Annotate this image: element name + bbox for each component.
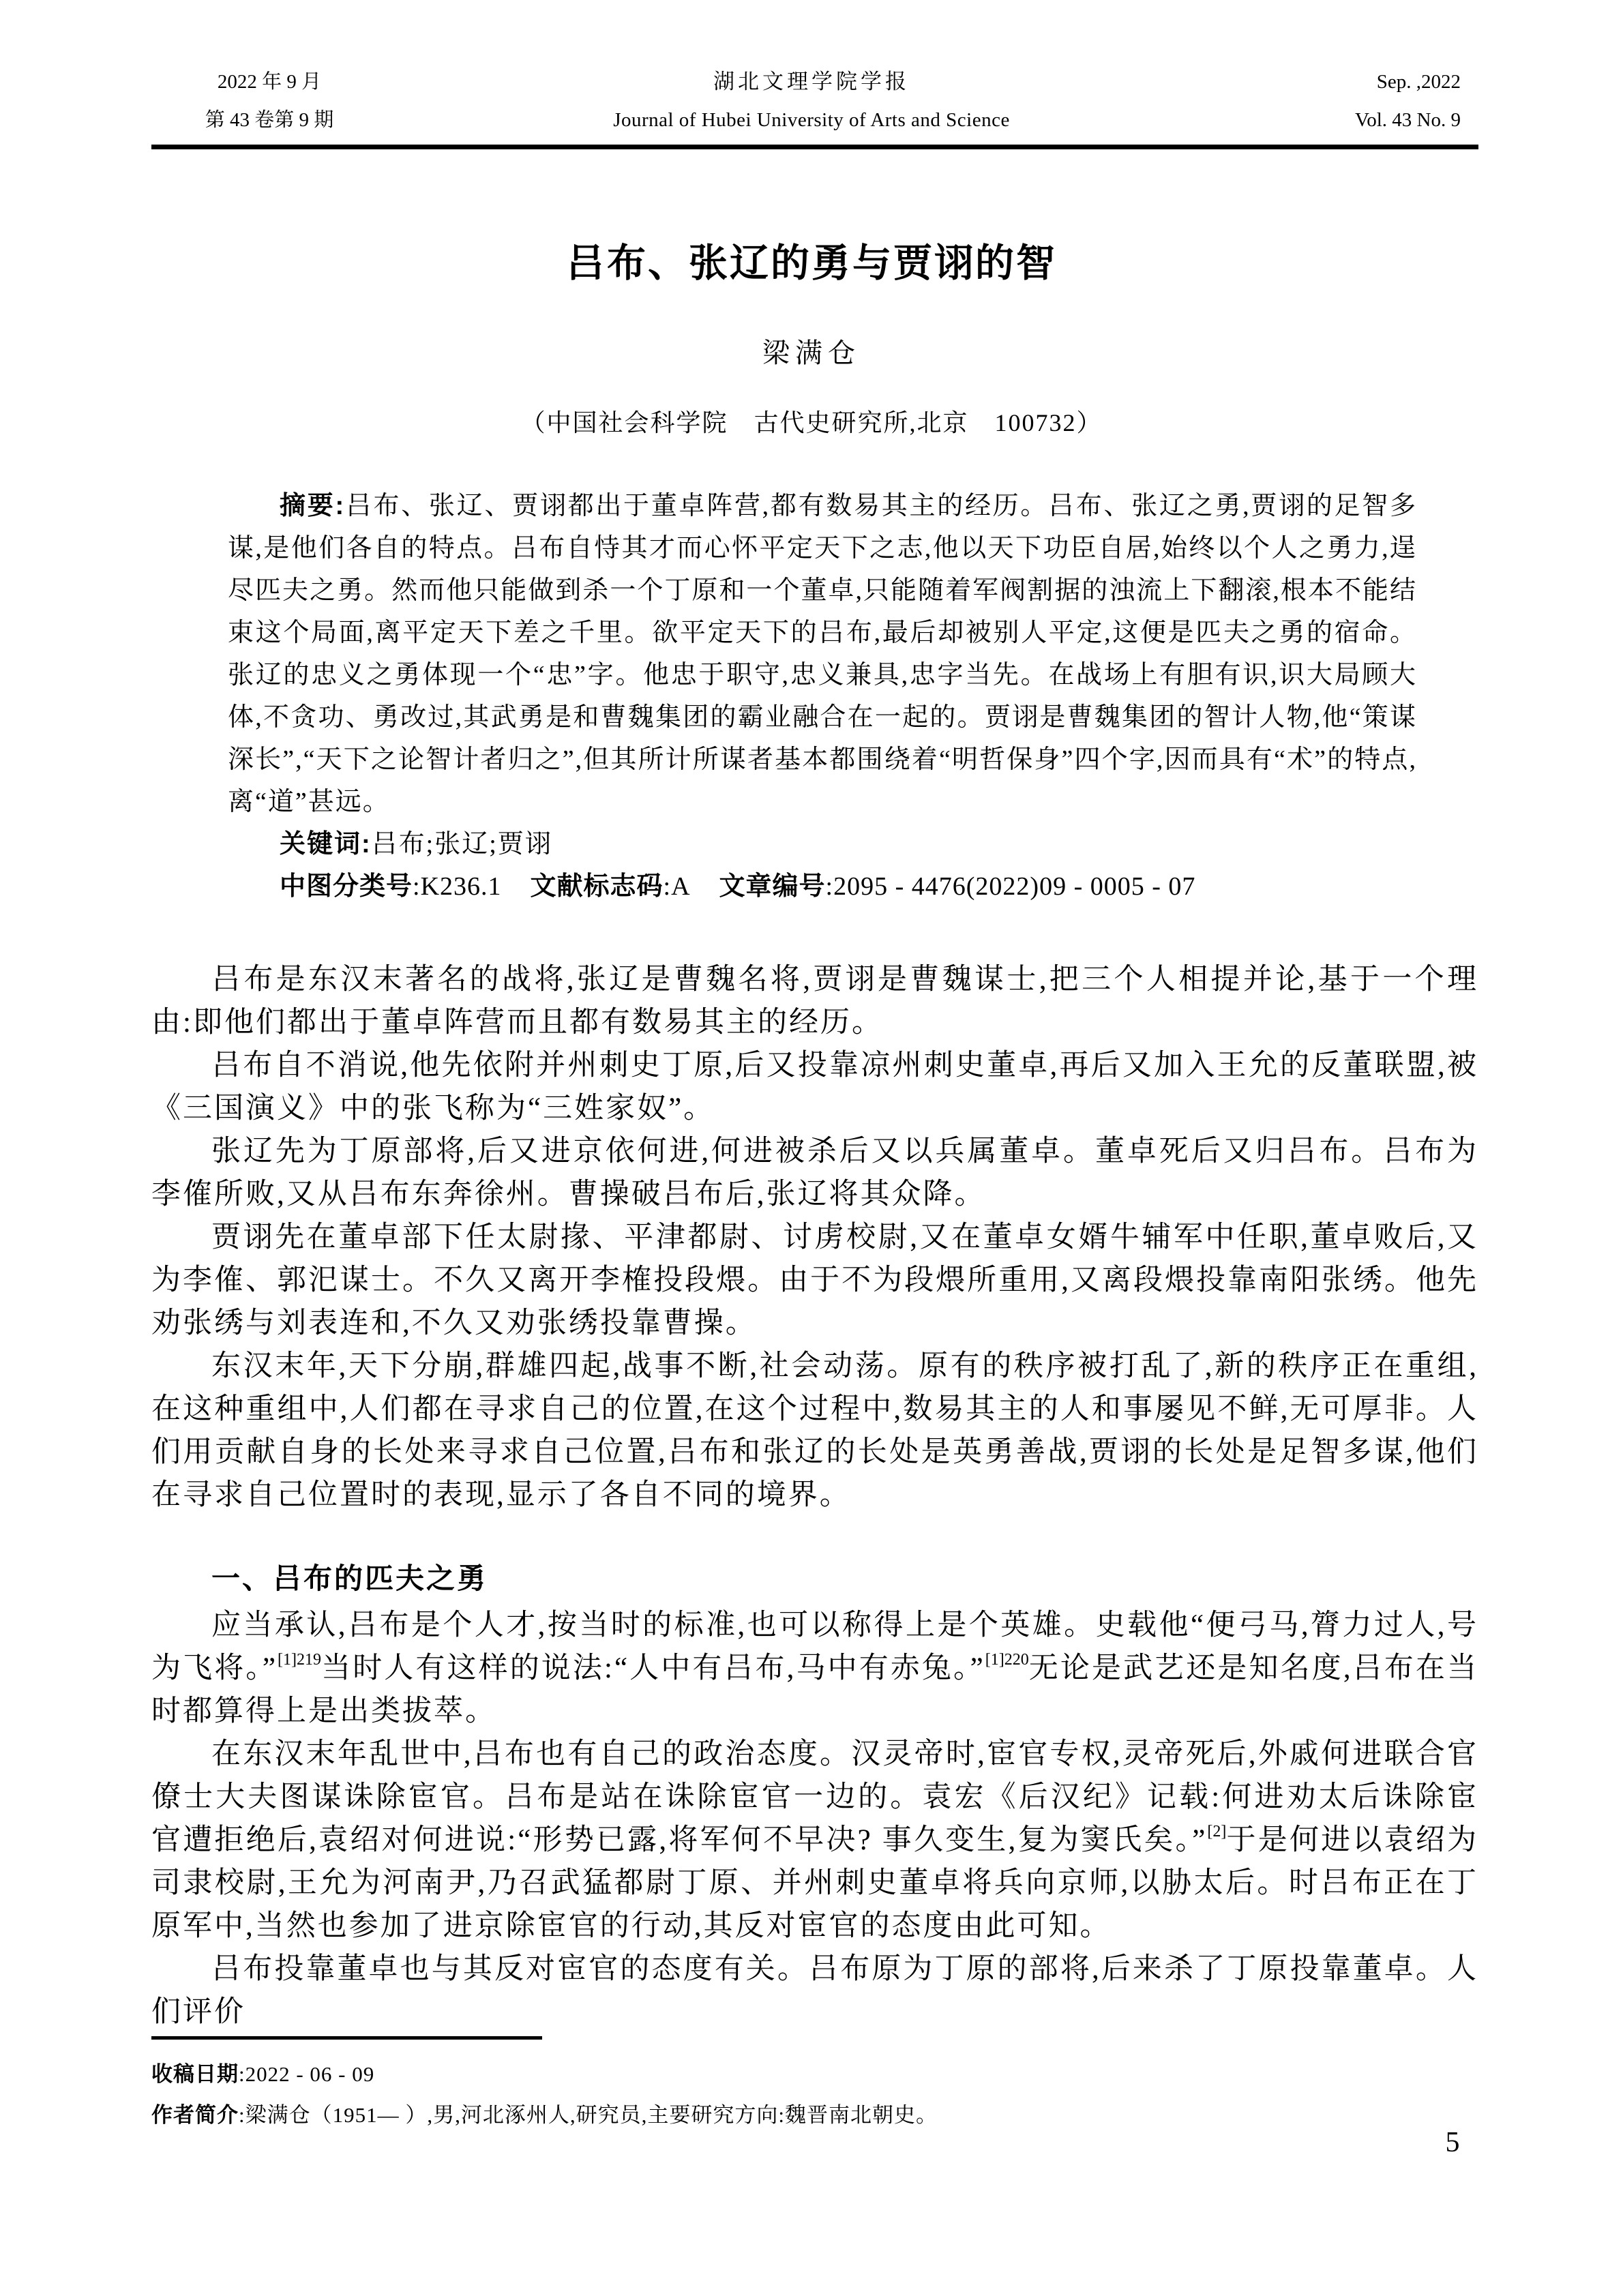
citation-superscript: [2]	[1207, 1823, 1226, 1840]
body-paragraph: 张辽先为丁原部将,后又进京依何进,何进被杀后又以兵属董卓。董卓死后又归吕布。吕布…	[151, 1130, 1478, 1216]
abstract-text: 吕布、张辽、贾诩都出于董卓阵营,都有数易其主的经历。吕布、张辽之勇,贾诩的足智多…	[228, 492, 1417, 816]
intro-paragraphs: 吕布是东汉末著名的战将,张辽是曹魏名将,贾诩是曹魏谋士,把三个人相提并论,基于一…	[151, 958, 1478, 1517]
citation-superscript: [1]220	[985, 1651, 1029, 1669]
author-affiliation: （中国社会科学院 古代史研究所,北京 100732）	[0, 404, 1623, 438]
doc-code-label: 文献标志码	[531, 872, 664, 901]
abstract-label: 摘要:	[280, 492, 345, 520]
doc-code-value: :A	[664, 872, 691, 901]
author-bio-line: 作者简介:梁满仓（1951— ）,男,河北涿州人,研究员,主要研究方向:魏晋南北…	[151, 2095, 1478, 2136]
citation-superscript: [1]219	[278, 1651, 321, 1669]
article-id-label: 文章编号	[719, 872, 826, 901]
paragraph-text: 张辽先为丁原部将,后又进京依何进,何进被杀后又以兵属董卓。董卓死后又归吕布。吕布…	[151, 1135, 1478, 1210]
header-issue-info-en: Sep. ,2022 Vol. 43 No. 9	[1202, 63, 1461, 139]
paragraph-text: 吕布自不消说,他先依附并州刺史丁原,后又投靠凉州刺史董卓,再后又加入王允的反董联…	[151, 1049, 1478, 1124]
paragraph-text: 东汉末年,天下分崩,群雄四起,战事不断,社会动荡。原有的秩序被打乱了,新的秩序正…	[151, 1350, 1478, 1511]
received-date-value: :2022 - 06 - 09	[239, 2062, 374, 2086]
body-paragraph: 贾诩先在董卓部下任太尉掾、平津都尉、讨虏校尉,又在董卓女婿牛辅军中任职,董卓败后…	[151, 1216, 1478, 1345]
received-date-label: 收稿日期	[151, 2062, 239, 2086]
abstract-paragraph: 摘要:吕布、张辽、贾诩都出于董卓阵营,都有数易其主的经历。吕布、张辽之勇,贾诩的…	[228, 485, 1417, 823]
section-heading: 一、吕布的匹夫之勇	[211, 1556, 488, 1597]
journal-page: 2022 年 9 月 第 43 卷第 9 期 湖北文理学院学报 Journal …	[0, 0, 1623, 2296]
body-paragraph: 东汉末年,天下分崩,群雄四起,战事不断,社会动荡。原有的秩序被打乱了,新的秩序正…	[151, 1345, 1478, 1517]
paragraph-text: 吕布是东汉末著名的战将,张辽是曹魏名将,贾诩是曹魏谋士,把三个人相提并论,基于一…	[151, 964, 1478, 1039]
body-paragraph: 吕布自不消说,他先依附并州刺史丁原,后又投靠凉州刺史董卓,再后又加入王允的反董联…	[151, 1044, 1478, 1130]
clc-value: :K236.1	[413, 872, 502, 901]
received-date-line: 收稿日期:2022 - 06 - 09	[151, 2054, 1478, 2095]
footnote-rule	[151, 2036, 542, 2040]
header-volume-en: Vol. 43 No. 9	[1202, 101, 1461, 139]
paragraph-text: 当时人有这样的说法:“人中有吕布,马中有赤兔。”	[321, 1652, 985, 1684]
body-paragraph: 在东汉末年乱世中,吕布也有自己的政治态度。汉灵帝时,宦官专权,灵帝死后,外戚何进…	[151, 1733, 1478, 1948]
footnote-block: 收稿日期:2022 - 06 - 09 作者简介:梁满仓（1951— ）,男,河…	[151, 2054, 1478, 2136]
author-bio-value: :梁满仓（1951— ）,男,河北涿州人,研究员,主要研究方向:魏晋南北朝史。	[239, 2103, 938, 2127]
author-bio-label: 作者简介	[151, 2103, 239, 2127]
article-id-value: :2095 - 4476(2022)09 - 0005 - 07	[826, 872, 1196, 901]
keywords-text: 吕布;张辽;贾诩	[372, 830, 552, 859]
header-date-en: Sep. ,2022	[1202, 63, 1461, 101]
clc-label: 中图分类号	[280, 872, 413, 901]
body-paragraph: 应当承认,吕布是个人才,按当时的标准,也可以称得上是个英雄。史载他“便弓马,膂力…	[151, 1604, 1478, 1733]
meta-line: 中图分类号:K236.1文献标志码:A文章编号:2095 - 4476(2022…	[228, 865, 1523, 908]
body-paragraph: 吕布是东汉末著名的战将,张辽是曹魏名将,贾诩是曹魏谋士,把三个人相提并论,基于一…	[151, 958, 1478, 1044]
author-name: 梁满仓	[0, 331, 1623, 370]
article-title: 吕布、张辽的勇与贾诩的智	[0, 232, 1623, 288]
abstract-block: 摘要:吕布、张辽、贾诩都出于董卓阵营,都有数易其主的经历。吕布、张辽之勇,贾诩的…	[228, 485, 1417, 823]
keywords-label: 关键词:	[280, 830, 372, 859]
paragraph-text: 吕布投靠董卓也与其反对宦官的态度有关。吕布原为丁原的部将,后来杀了丁原投靠董卓。…	[151, 1953, 1478, 2028]
section-paragraphs: 应当承认,吕布是个人才,按当时的标准,也可以称得上是个英雄。史载他“便弓马,膂力…	[151, 1604, 1478, 2033]
body-paragraph: 吕布投靠董卓也与其反对宦官的态度有关。吕布原为丁原的部将,后来杀了丁原投靠董卓。…	[151, 1948, 1478, 2033]
page-number: 5	[1425, 2126, 1480, 2159]
header-rule	[151, 145, 1478, 149]
paragraph-text: 贾诩先在董卓部下任太尉掾、平津都尉、讨虏校尉,又在董卓女婿牛辅军中任职,董卓败后…	[151, 1221, 1478, 1339]
keywords-line: 关键词:吕布;张辽;贾诩	[228, 823, 1417, 865]
